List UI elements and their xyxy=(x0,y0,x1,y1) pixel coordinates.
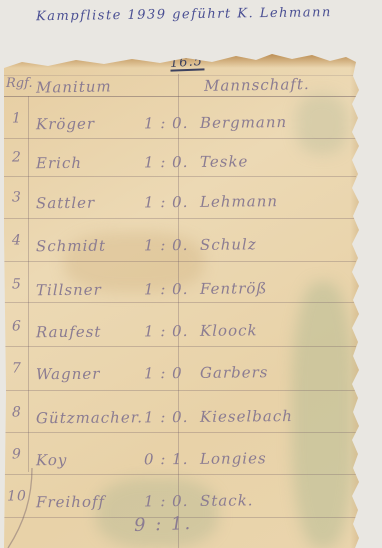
score: 1 : 0. xyxy=(144,236,200,254)
opponent-name: Bergmann xyxy=(200,112,356,131)
opponent-name: Teske xyxy=(200,151,356,170)
opponent-name: Garbers xyxy=(200,362,356,381)
score: 1 : 0. xyxy=(144,408,200,426)
score: 1 : 0. xyxy=(144,114,200,132)
table-line xyxy=(4,138,356,139)
score: 1 : 0. xyxy=(144,322,200,340)
table-row: 6 Raufest 1 : 0. Kloock xyxy=(4,320,356,341)
fighter-name: Erich xyxy=(30,153,144,172)
table-line xyxy=(4,218,356,219)
table-line xyxy=(4,176,356,177)
row-number: 2 xyxy=(4,149,30,165)
row-number: 4 xyxy=(4,232,30,248)
date: 16.5 xyxy=(169,54,204,72)
table-row: 1 Kröger 1 : 0. Bergmann xyxy=(4,112,356,133)
table-row: 4 Schmidt 1 : 0. Schulz xyxy=(4,234,356,255)
green-stain xyxy=(96,478,218,548)
table-line xyxy=(4,432,356,433)
header-name-column: Manitum xyxy=(36,77,112,96)
table-line xyxy=(4,346,356,347)
table-line xyxy=(4,474,356,475)
table-row: 5 Tillsner 1 : 0. Fentröß xyxy=(4,278,356,299)
table-row: 3 Sattler 1 : 0. Lehmann xyxy=(4,191,356,212)
row-number: 1 xyxy=(4,110,30,126)
row-number: 10 xyxy=(4,488,30,504)
score: 1 : 0. xyxy=(144,492,200,510)
fighter-name: Raufest xyxy=(30,322,144,341)
table-row: 7 Wagner 1 : 0 Garbers xyxy=(4,362,356,383)
table-row: 8 Gützmacher. 1 : 0. Kieselbach xyxy=(4,406,356,427)
fighter-name: Kröger xyxy=(30,114,144,133)
fighter-name: Wagner xyxy=(30,364,144,383)
total-score: 9 : 1. xyxy=(134,513,193,536)
table-line xyxy=(4,302,356,303)
header-number-column: Rgf. xyxy=(6,76,33,91)
opponent-name: Fentröß xyxy=(200,278,356,297)
album-annotation: Kampfliste 1939 geführt K. Lehmann xyxy=(36,5,356,24)
opponent-name: Kloock xyxy=(200,320,356,339)
score: 1 : 0. xyxy=(144,193,200,211)
row-number: 7 xyxy=(4,360,30,376)
score: 1 : 0. xyxy=(144,280,200,298)
opponent-name: Schulz xyxy=(200,234,356,253)
table-row: 9 Koy 0 : 1. Longies xyxy=(4,448,356,469)
fighter-name: Gützmacher. xyxy=(30,408,144,427)
fighter-name: Sattler xyxy=(30,193,144,212)
table-line xyxy=(4,390,356,391)
row-number: 9 xyxy=(4,446,30,462)
fighter-name: Tillsner xyxy=(30,280,144,299)
score: 0 : 1. xyxy=(144,450,200,468)
fighter-name: Freihoff xyxy=(30,492,144,511)
fighter-name: Schmidt xyxy=(30,236,144,255)
fighter-name: Koy xyxy=(30,450,144,469)
table-row: 2 Erich 1 : 0. Teske xyxy=(4,151,356,172)
row-number: 6 xyxy=(4,318,30,334)
opponent-name: Lehmann xyxy=(200,191,356,210)
opponent-name: Kieselbach xyxy=(200,406,356,425)
table-row: 10 Freihoff 1 : 0. Stack. xyxy=(4,490,356,511)
date-underline xyxy=(170,68,204,71)
row-number: 5 xyxy=(4,276,30,292)
table-line-vertical xyxy=(178,74,179,548)
photo-of-document: Kampfliste 1939 geführt K. Lehmann 16.5 … xyxy=(0,0,382,548)
row-number: 3 xyxy=(4,189,30,205)
header-opponent-column: Mannschaft. xyxy=(204,75,310,95)
table-line xyxy=(4,261,356,262)
score: 1 : 0 xyxy=(144,364,200,382)
score: 1 : 0. xyxy=(144,153,200,171)
row-number: 8 xyxy=(4,404,30,420)
opponent-name: Longies xyxy=(200,448,356,467)
opponent-name: Stack. xyxy=(200,490,356,509)
paper-sheet: 16.5 Rgf. Manitum Mannschaft. 1 Kröger 1… xyxy=(4,52,360,548)
